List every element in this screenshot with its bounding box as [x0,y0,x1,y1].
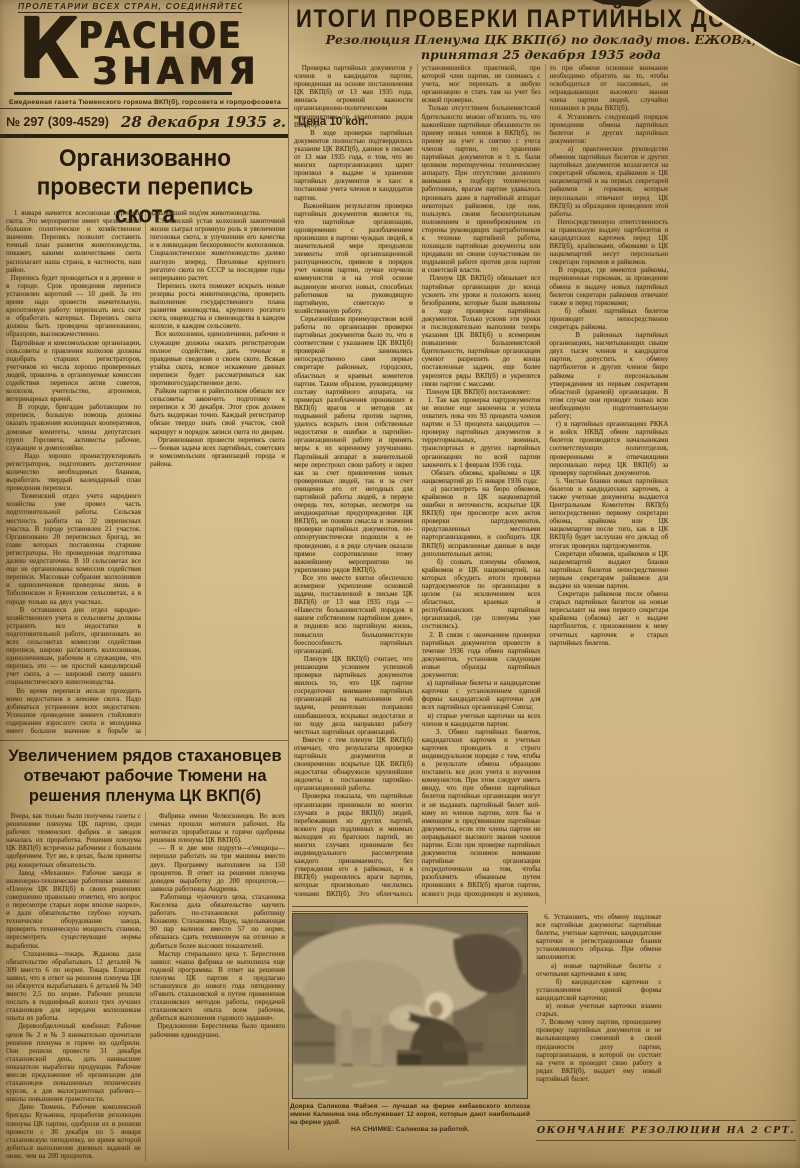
masthead-underline [14,92,232,95]
lead-article-body: 1 января начнется всесоюзная перепись ск… [6,209,285,736]
masthead-heavy-rule [0,134,288,138]
photo-top-rule [292,906,528,912]
gazette-subtitle: Ежедневная газета Тюменского горкома ВКП… [4,99,286,106]
masthead-initial: К [17,6,79,90]
milkmaid-cow-illustration [293,914,527,1098]
newspaper-page: ПРОЛЕТАРИИ ВСЕХ СТРАН, СОЕДИНЯЙТЕСЬ! К Р… [0,0,800,1168]
issue-date: 28 декабря 1935 г. [115,113,292,131]
resolution-subtitle: Резолюция Пленума ЦК ВКП(б) по докладу т… [306,33,776,62]
photo-caption: Доярка Саликова Файзея — лучшая на ферме… [290,1103,530,1127]
stakhanov-article-title: Увеличением рядов стахановцев отвечают р… [4,746,286,806]
continuation-notice: ОКОНЧАНИЕ РЕЗОЛЮЦИИ НА 2 СРТ. [536,1120,796,1141]
masthead-title-line2: ЗНАМЯ [92,50,260,93]
issue-number: № 297 (309-4529) [0,115,115,129]
issue-row: № 297 (309-4529) 28 декабря 1935 г. Цена… [0,108,288,135]
masthead: К РАСНОЕ ЗНАМЯ [14,10,236,92]
resolution-body-top: Проверка партийных документов у членов и… [294,64,796,904]
main-vertical-rule [288,0,289,1150]
left-section-divider [0,740,288,741]
resolution-body-bottom: 6. Установить, что обмену подлежат все п… [536,913,796,1111]
stakhanov-article-body: Вчера, как только были получены газеты с… [6,812,285,1162]
photo-milkmaid-with-cow [292,913,528,1099]
photo-caption-note: НА СНИМКЕ: Саликова за работой. [290,1126,530,1133]
